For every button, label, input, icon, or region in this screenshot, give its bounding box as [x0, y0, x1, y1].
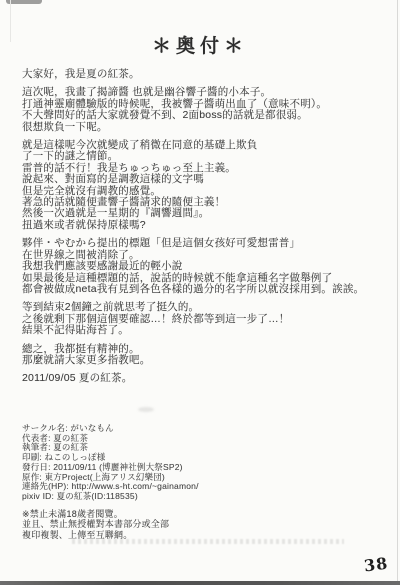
text-line: 都會被做成neta我有見到各色各樣的過分的名字所以就沒採用到。誒誒。: [22, 284, 382, 295]
scan-edge-line-right: [397, 0, 398, 581]
paragraph: 總之，我都挺有精神的。那麼就請大家更多指教吧。: [22, 344, 382, 367]
text-line: 並且、禁止無授權對本書部分或全部: [22, 519, 272, 529]
paragraph: 等到結束2個鐘之前就思考了挺久的。之後就剩下那個這個要確認…！終於都等到這一步了…: [22, 302, 382, 336]
text-line: 等到結束2個鐘之前就思考了挺久的。: [22, 302, 382, 313]
ghost-text-artifact: [72, 539, 344, 544]
paragraph: 夥伴・やむから提出的標題「但是這個女孩好可愛想雷普」在世界線之間被消除了。我想我…: [22, 238, 382, 295]
paragraph: 這次呢，我畫了揭諦醬 也就是幽谷響子醬的小本子。打通神靈廟體驗版的時候呢，我被響…: [22, 87, 382, 133]
colophon-block: サークル名: がいなもん代表者: 夏の紅茶執筆者: 夏の紅茶印刷: ねこのしっぽ…: [22, 424, 382, 502]
text-line: 說起來、對面寫的是調教這樣的文字嗎: [22, 174, 382, 185]
age-restriction-notice: ※禁止未滿18歲者閱覽。並且、禁止無授權對本書部分或全部複印複製、上傳至互聯網。: [22, 509, 272, 540]
paragraph: 就是這樣呢今次就變成了稍微在同意的基礎上欺負了一下的謎之情節。雷普的話不行！我是…: [22, 140, 382, 231]
text-line: 結果不記得貼海苔了。: [22, 325, 382, 336]
page-title: ＊奥付＊: [0, 31, 400, 58]
page-number: 38: [363, 554, 389, 576]
scan-smudge-top: [6, 0, 42, 4]
paragraph: 大家好，我是夏の紅茶。: [22, 69, 382, 80]
text-line: pixiv ID: 夏の紅茶(ID:118535): [22, 492, 382, 502]
paragraph: 2011/09/05 夏の紅茶。: [22, 373, 382, 384]
text-line: 2011/09/05 夏の紅茶。: [22, 373, 382, 384]
scanned-afterword-page: ＊奥付＊ 大家好，我是夏の紅茶。這次呢，我畫了揭諦醬 也就是幽谷響子醬的小本子。…: [0, 0, 400, 585]
scan-edge-strip-bottom: [0, 581, 400, 585]
text-line: 大家好，我是夏の紅茶。: [22, 69, 382, 80]
text-line: 我想我們應該要感謝最近的輕小說: [22, 261, 382, 272]
text-line: 扭過來或者就保持原樣嗎?: [22, 220, 382, 231]
scan-smudge-middle: [138, 407, 154, 412]
text-line: 那麼就請大家更多指教吧。: [22, 355, 382, 366]
text-line: ※禁止未滿18歲者閱覽。: [22, 509, 272, 519]
text-line: 夥伴・やむから提出的標題「但是這個女孩好可愛想雷普」: [22, 238, 382, 249]
afterword-body: 大家好，我是夏の紅茶。這次呢，我畫了揭諦醬 也就是幽谷響子醬的小本子。打通神靈廟…: [22, 69, 382, 392]
text-line: 很想欺負一下呢。: [22, 122, 382, 133]
text-line: 不大聲問好的話大家就發覺不到、2面boss的話就是都很弱。: [22, 110, 382, 121]
